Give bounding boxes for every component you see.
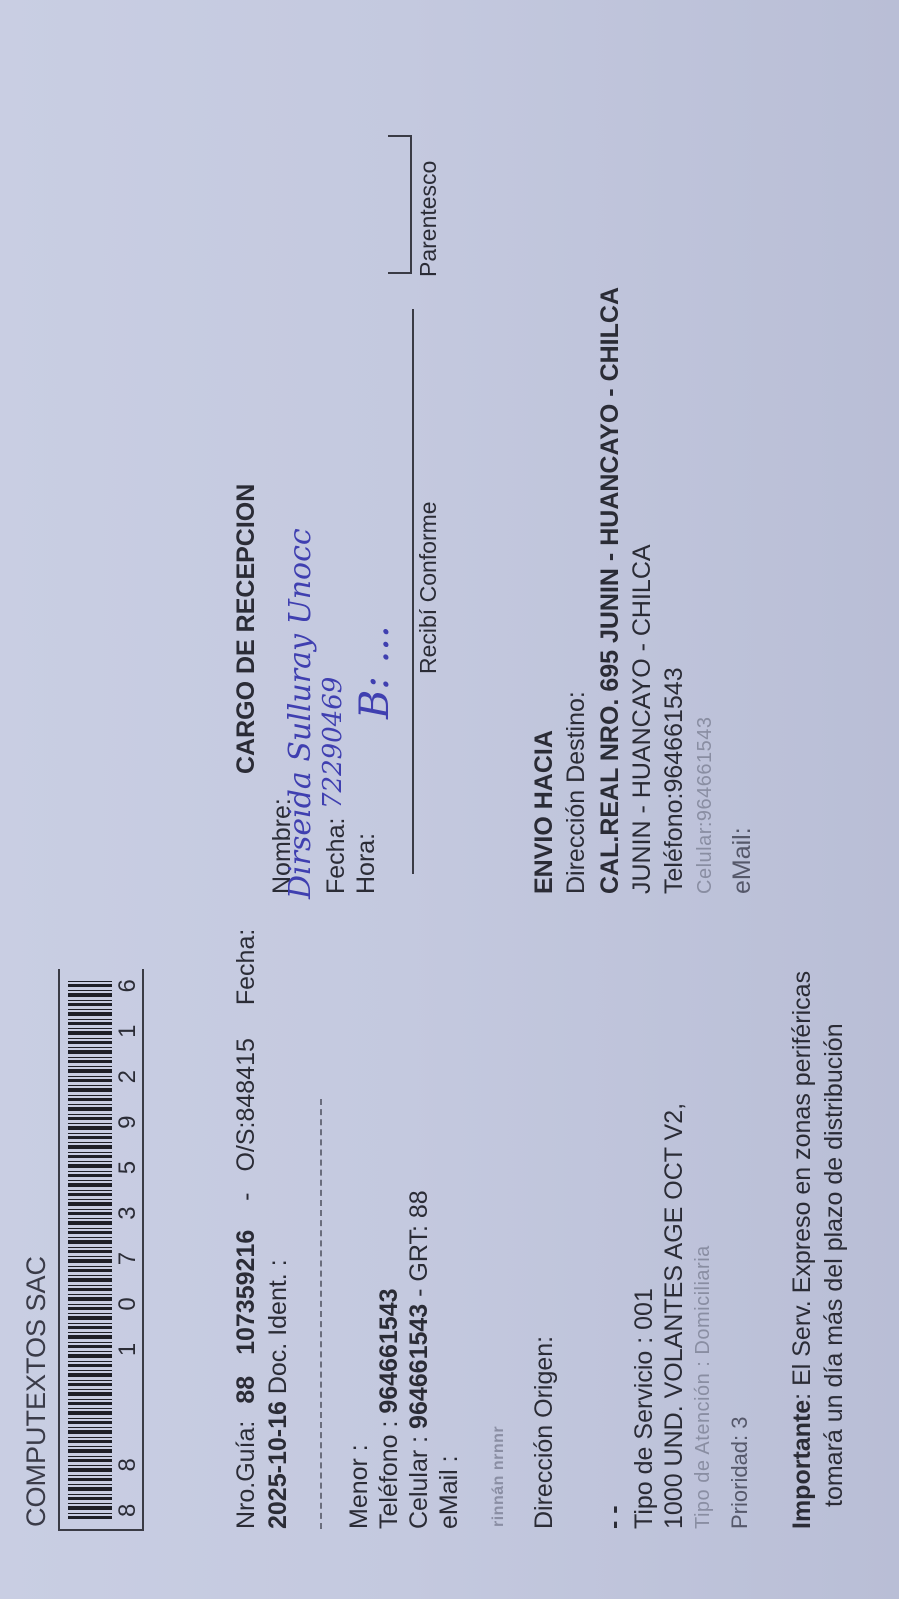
- nombre-handwritten: Dirseida Sulluray Unocc: [283, 528, 318, 899]
- barcode-digit: 3: [114, 1204, 142, 1219]
- date-line: 2025-10-16 Doc. Ident. :: [264, 1259, 292, 1529]
- company-name: COMPUTEXTOS SAC: [22, 1256, 50, 1527]
- barcode-digit: 6: [114, 977, 142, 992]
- faded-heading: rinnán nrnnr: [490, 1426, 508, 1527]
- hora-label: Hora:: [352, 833, 380, 894]
- barcode-digit: 7: [114, 1250, 142, 1265]
- grt-value: - GRT: 88: [405, 1190, 433, 1303]
- os-number: O/S:848415: [232, 1038, 260, 1171]
- guia-number: 107359216: [232, 1230, 260, 1355]
- direccion-destino-label: Dirección Destino:: [562, 691, 590, 894]
- cargo-title: CARGO DE RECEPCION: [232, 484, 260, 774]
- dashes: - -: [600, 1505, 628, 1529]
- barcode-digits: 8 8 1 0 7 3 5 9 2 1 6: [114, 977, 142, 1517]
- barcode-digit: 0: [114, 1295, 142, 1310]
- email-label: eMail :: [435, 1455, 463, 1529]
- separator: -: [232, 1192, 260, 1200]
- barcode-digit: 1: [114, 1341, 142, 1356]
- barcode: 8 8 1 0 7 3 5 9 2 1 6: [58, 969, 144, 1531]
- notice-line1: : El Serv. Expreso en zonas periféricas: [788, 971, 816, 1400]
- destination-email-label: eMail:: [728, 827, 756, 894]
- guia-prefix: 88: [232, 1376, 260, 1404]
- service-description: 1000 UND. VOLANTES AGE OCT V2,: [660, 1103, 688, 1529]
- celular-label: Celular :: [405, 1436, 433, 1529]
- notice-label: Importante: [788, 1400, 816, 1529]
- guia-label: Nro.Guía:: [232, 1421, 260, 1529]
- envio-heading: ENVIO HACIA: [530, 730, 558, 894]
- destination-celular: Celular:964661543: [694, 716, 717, 894]
- barcode-digit: 2: [114, 1068, 142, 1083]
- telefono-value: 964661543: [375, 1288, 403, 1413]
- prioridad: Prioridad: 3: [726, 1416, 754, 1529]
- barcode-digit: 9: [114, 1113, 142, 1128]
- shipping-receipt-page: COMPUTEXTOS SAC 8 8 1 0 7 3 5 9 2 1 6 Nr…: [0, 0, 899, 1599]
- barcode-bars: [68, 979, 112, 1519]
- cargo-fecha-label: Fecha:: [322, 818, 350, 894]
- menor-label: Menor :: [345, 1444, 373, 1529]
- doc-ident-label: Doc. Ident. :: [264, 1259, 292, 1394]
- tipo-atencion: Tipo de Atención : Domiciliaria: [692, 1245, 715, 1529]
- parentesco-box: [388, 135, 412, 274]
- tipo-servicio: Tipo de Servicio : 001: [630, 1288, 658, 1529]
- barcode-digit: 8: [114, 1456, 142, 1471]
- notice-line2: tomará un día más del plazo de distribuc…: [820, 1023, 848, 1507]
- destination-city: JUNIN - HUANCAYO - CHILCA: [628, 544, 656, 894]
- fecha-handwritten: 72290469: [318, 677, 348, 809]
- telefono-label: Teléfono :: [375, 1421, 403, 1529]
- destination-telefono: Teléfono:964661543: [660, 667, 688, 894]
- celular-line: Celular : 964661543 - GRT: 88: [405, 1190, 433, 1529]
- date-value: 2025-10-16: [264, 1401, 292, 1529]
- recibi-conforme-label: Recibí Conforme: [414, 501, 442, 674]
- parentesco-label: Parentesco: [414, 161, 442, 277]
- important-notice: Importante: El Serv. Expreso en zonas pe…: [788, 971, 816, 1529]
- fecha-label: Fecha:: [232, 929, 260, 1005]
- barcode-digit: 5: [114, 1159, 142, 1174]
- barcode-digit: 1: [114, 1023, 142, 1038]
- signature: B: ...: [352, 625, 398, 719]
- telefono-line: Teléfono : 964661543: [375, 1288, 403, 1529]
- barcode-digit: 8: [114, 1502, 142, 1517]
- destination-address: CAL.REAL NRO. 695 JUNIN - HUANCAYO - CHI…: [596, 287, 624, 894]
- divider: [320, 1099, 322, 1529]
- celular-value: 964661543: [405, 1304, 433, 1429]
- guia-line: Nro.Guía: 88 107359216 - O/S:848415 Fech…: [232, 929, 260, 1529]
- direccion-origen-label: Dirección Origen:: [530, 1336, 558, 1529]
